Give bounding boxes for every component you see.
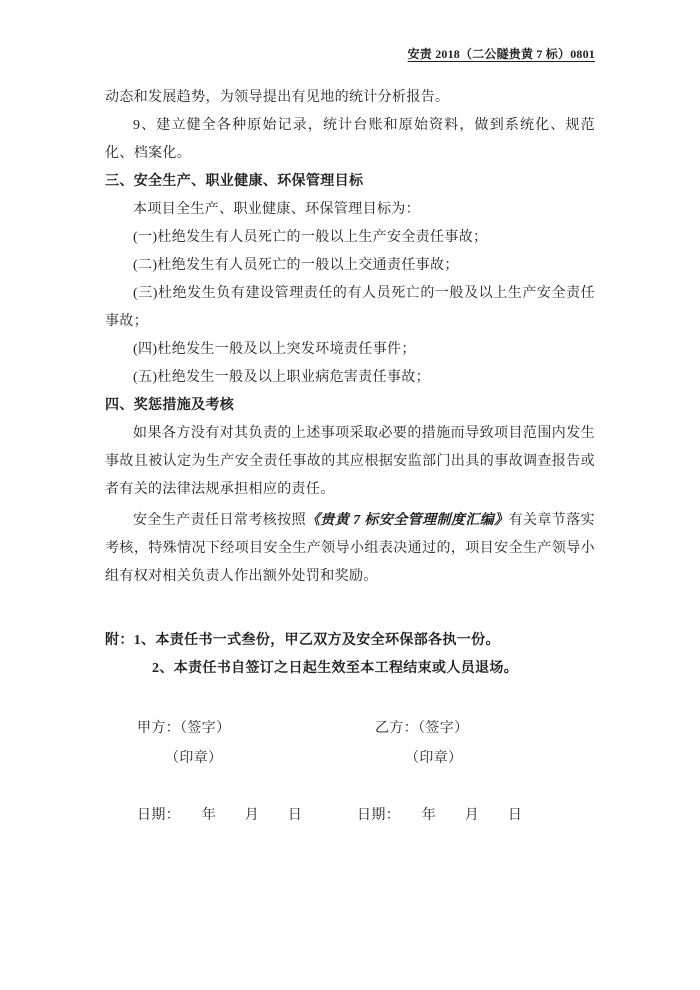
party-b-seal-label: （印章） [405, 745, 462, 773]
paragraph-item-9: 9、建立健全各种原始记录，统计台账和原始资料，做到系统化、规范化、档案化。 [105, 112, 595, 168]
document-number: 安责 2018（二公隧贵黄 7 标）0801 [408, 47, 595, 61]
document-body: 动态和发展趋势，为领导提出有见地的统计分析报告。 9、建立健全各种原始记录，统计… [105, 84, 595, 830]
goal-item-5: (五)杜绝发生一般及以上职业病危害责任事故； [105, 364, 595, 392]
section-4-paragraph-2: 安全生产责任日常考核按照《贵黄 7 标安全管理制度汇编》有关章节落实考核，特殊情… [105, 507, 595, 591]
goal-item-4: (四)杜绝发生一般及以上突发环境责任事件； [105, 336, 595, 364]
seal-row: （印章） （印章） [105, 745, 595, 773]
goal-item-3: (三)杜绝发生负有建设管理责任的有人员死亡的一般及以上生产安全责任事故； [105, 280, 595, 336]
section-4-heading: 四、奖惩措施及考核 [105, 392, 595, 420]
attachment-note-2: 2、本责任书自签订之日起生效至本工程结束或人员退场。 [152, 655, 595, 683]
party-a-date-label: 日期： 年 月 日 [137, 802, 302, 830]
paragraph-intro-tail: 动态和发展趋势，为领导提出有见地的统计分析报告。 [105, 84, 595, 112]
goal-item-1: (一)杜绝发生有人员死亡的一般以上生产安全责任事故； [105, 224, 595, 252]
document-header: 安责 2018（二公隧贵黄 7 标）0801 [0, 0, 700, 64]
document-page: 安责 2018（二公隧贵黄 7 标）0801 动态和发展趋势，为领导提出有见地的… [0, 0, 700, 990]
date-row: 日期： 年 月 日 日期： 年 月 日 [105, 802, 595, 830]
section-3-heading: 三、安全生产、职业健康、环保管理目标 [105, 168, 595, 196]
party-b-date-label: 日期： 年 月 日 [357, 802, 522, 830]
section-4-paragraph-1: 如果各方没有对其负责的上述事项采取必要的措施而导致项目范围内发生事故且被认定为生… [105, 420, 595, 504]
paragraph-2-text-pre: 安全生产责任日常考核按照 [133, 513, 306, 528]
goal-item-2: (二)杜绝发生有人员死亡的一般以上交通责任事故； [105, 252, 595, 280]
party-b-sign-label: 乙方：（签字） [375, 715, 468, 743]
signature-row: 甲方：（签字） 乙方：（签字） [105, 715, 595, 743]
party-a-sign-label: 甲方：（签字） [137, 715, 230, 743]
attachment-notes: 附：1、本责任书一式叁份，甲乙双方及安全环保部各执一份。 2、本责任书自签订之日… [105, 627, 595, 683]
referenced-document-title: 《贵黄 7 标安全管理制度汇编》 [306, 513, 509, 528]
attachment-note-1: 附：1、本责任书一式叁份，甲乙双方及安全环保部各执一份。 [105, 627, 595, 655]
section-3-intro: 本项目全生产、职业健康、环保管理目标为： [105, 196, 595, 224]
party-a-seal-label: （印章） [165, 745, 222, 773]
